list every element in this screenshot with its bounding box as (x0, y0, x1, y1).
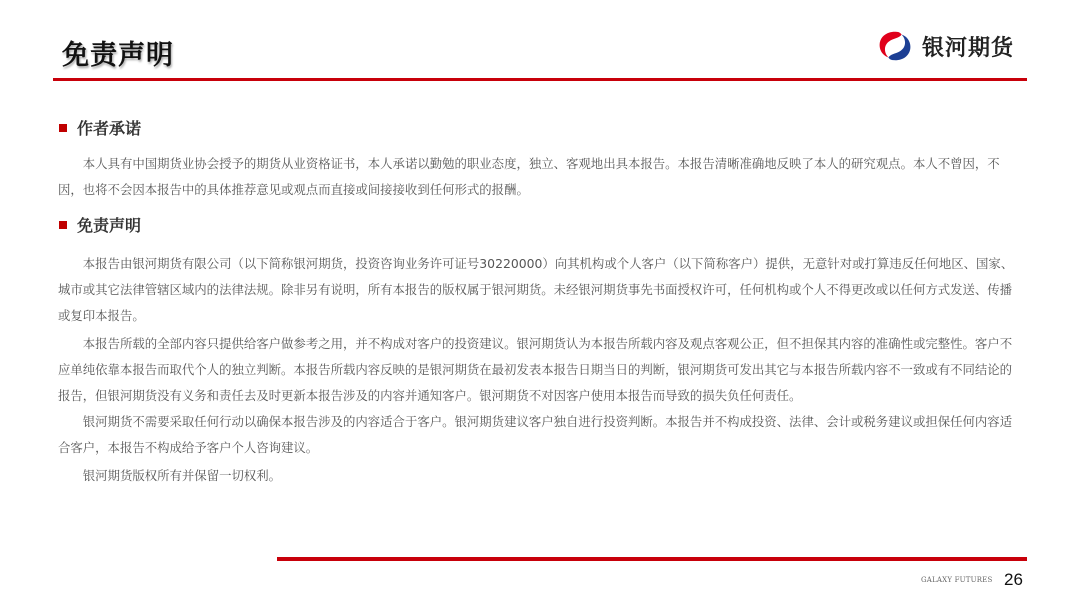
header-divider (53, 78, 1027, 81)
logo-text: 银河期货 (922, 31, 1014, 62)
company-logo: 银河期货 (876, 28, 1014, 64)
section-heading-author-commitment: 作者承诺 (59, 116, 141, 139)
footer-divider (277, 557, 1027, 561)
square-bullet-icon (59, 221, 67, 229)
page-title: 免责声明 (62, 33, 174, 72)
footer-brand: GALAXY FUTURES (921, 576, 992, 584)
galaxy-swirl-logo-icon (876, 29, 914, 63)
disclaimer-paragraph-3: 银河期货不需要采取任何行动以确保本报告涉及的内容适合于客户。银河期货建议客户独自… (58, 409, 1023, 461)
disclaimer-paragraph-4: 银河期货版权所有并保留一切权利。 (58, 463, 1023, 489)
square-bullet-icon (59, 124, 67, 132)
page-number: 26 (1004, 570, 1023, 590)
disclaimer-paragraph-1: 本报告由银河期货有限公司（以下简称银河期货，投资咨询业务许可证号30220000… (58, 251, 1023, 329)
author-commitment-paragraph: 本人具有中国期货业协会授予的期货从业资格证书，本人承诺以勤勉的职业态度，独立、客… (58, 151, 1023, 203)
section-heading-disclaimer: 免责声明 (59, 213, 141, 236)
disclaimer-paragraph-2: 本报告所载的全部内容只提供给客户做参考之用，并不构成对客户的投资建议。银河期货认… (58, 331, 1023, 409)
